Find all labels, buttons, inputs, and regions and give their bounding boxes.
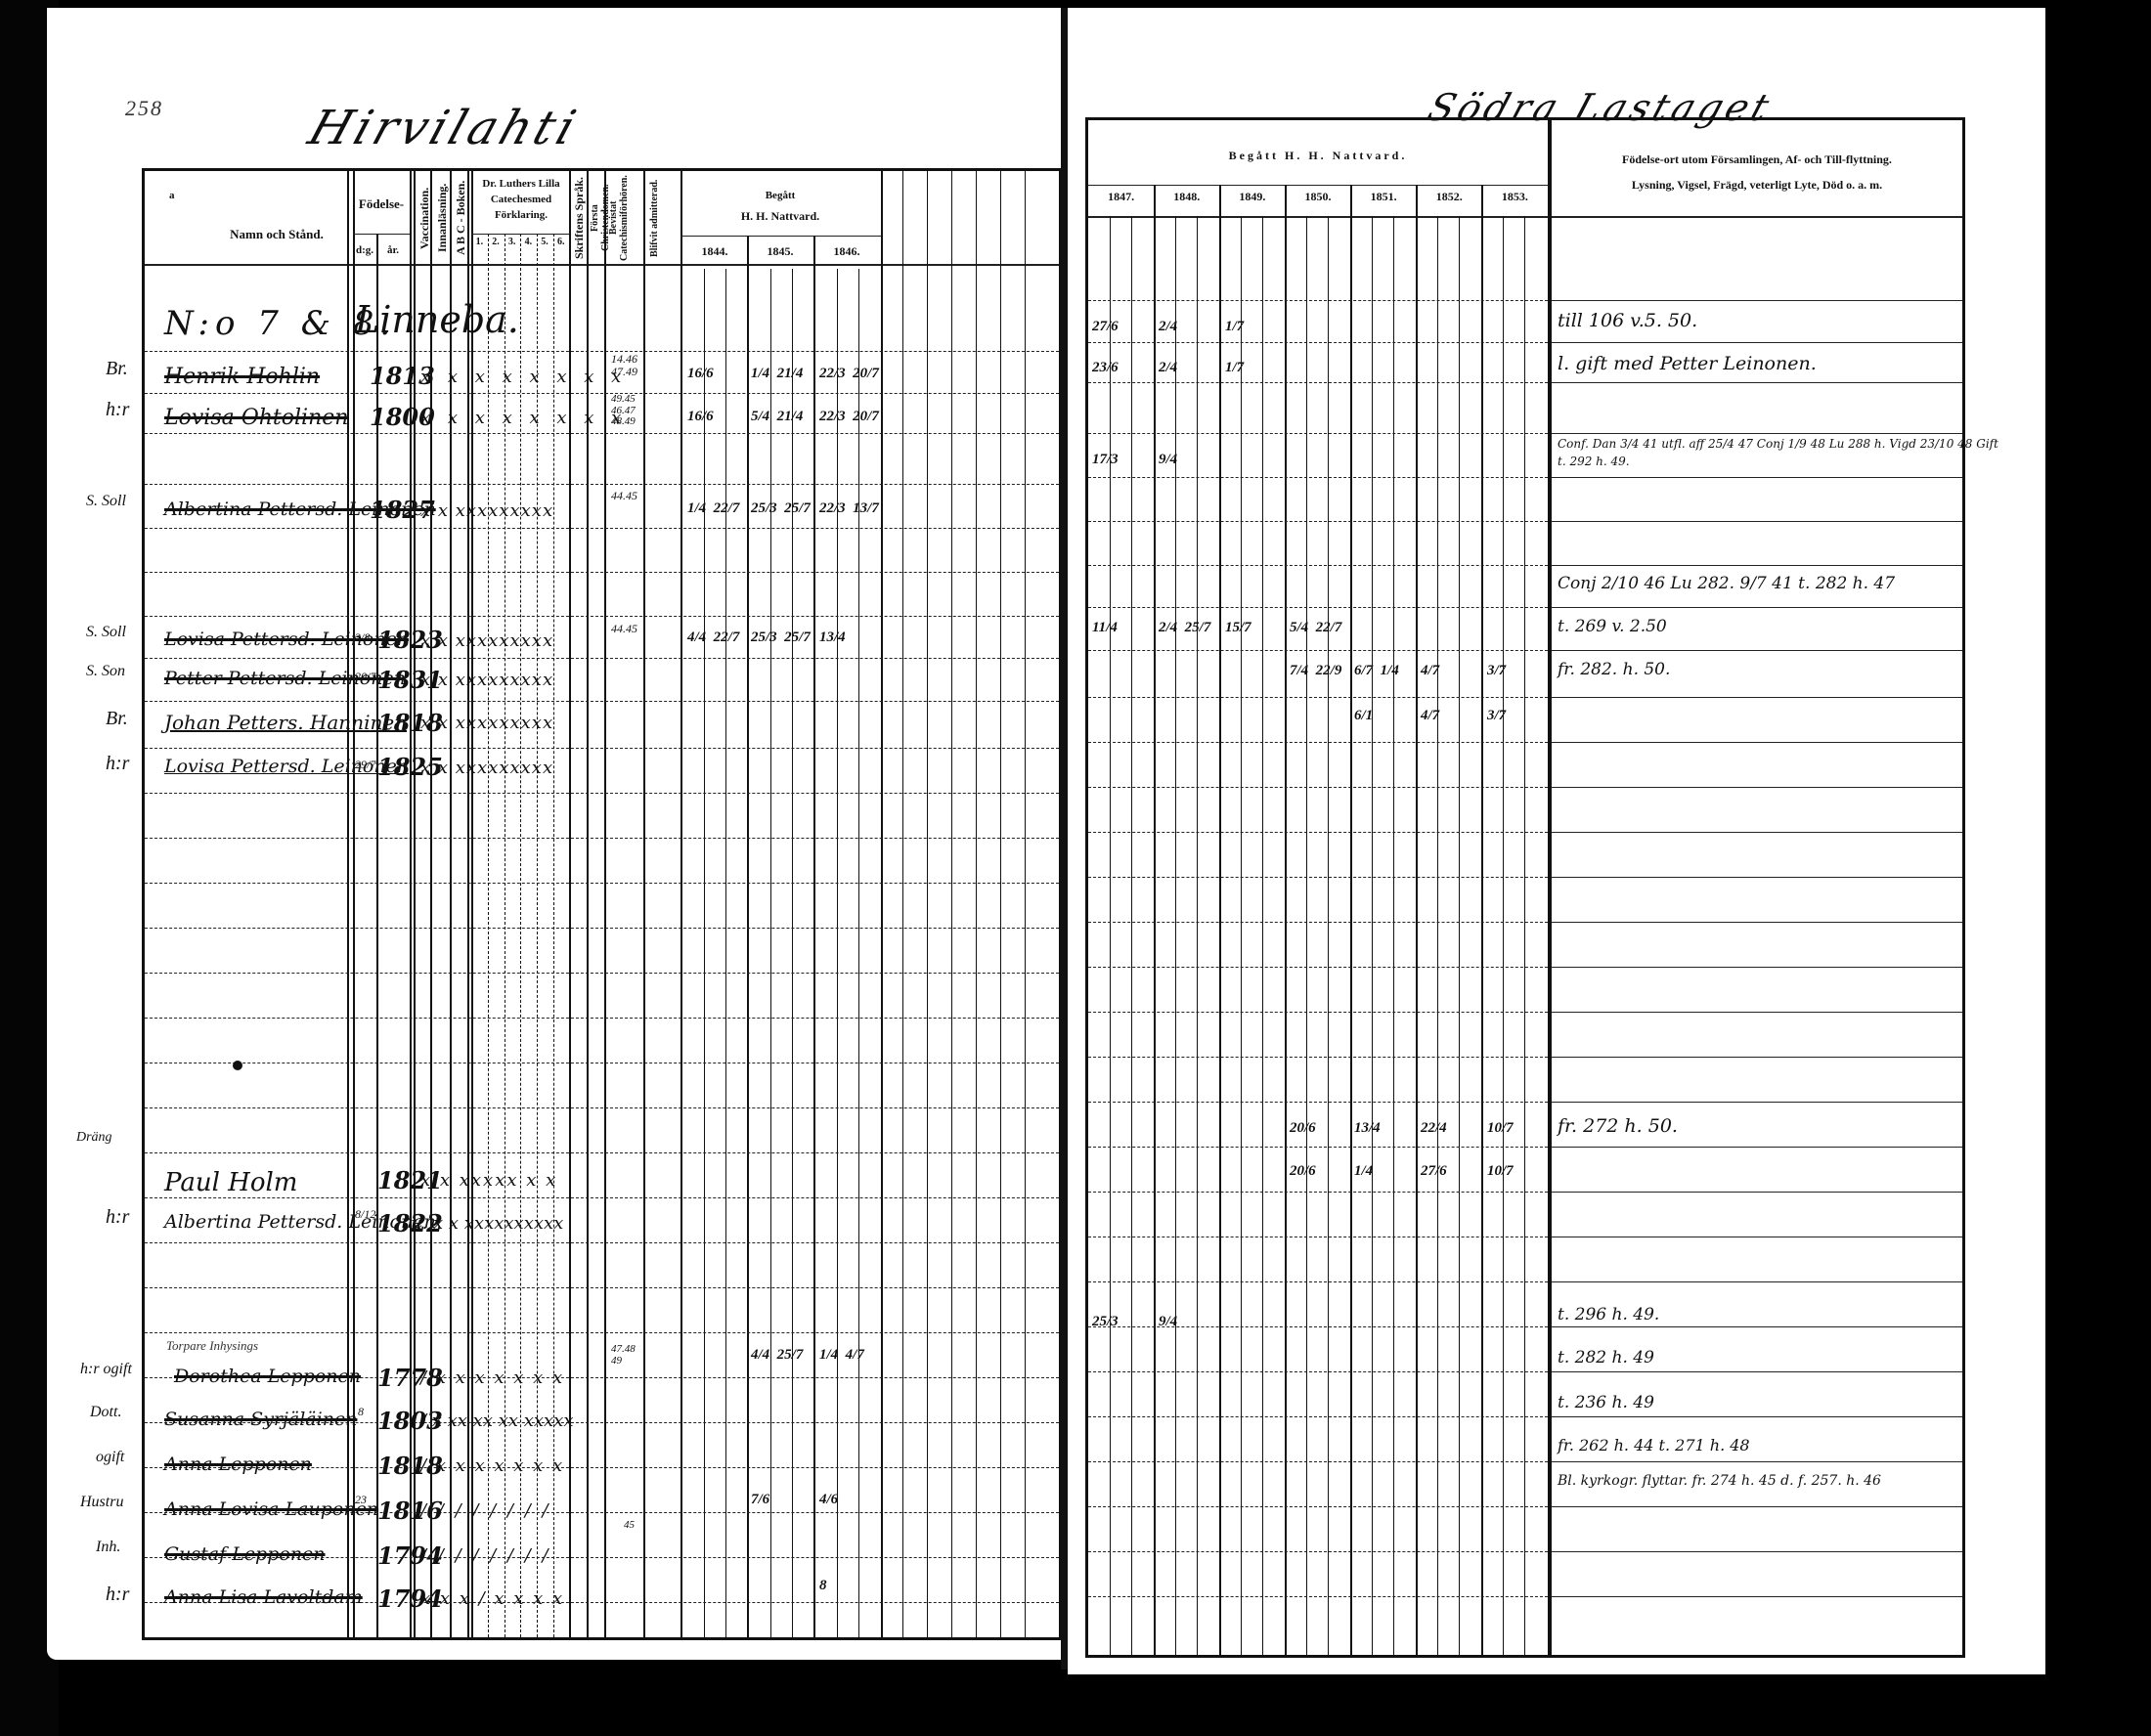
row-rule [1088,521,1548,522]
entry-communion-1844: 1/4 22/7 [687,501,739,516]
col-divider [643,171,645,1637]
left-page: 258 Hirvilahti a Namn och Stånd. Födelse… [47,8,1064,1660]
skriftens-sprak-header: Skriftens Språk. [572,175,587,261]
entry-communion-1847: 23/6 [1092,361,1119,375]
row-rule [1552,1147,1962,1148]
entry-communion-1845: 25/3 25/7 [751,501,811,516]
row-rule [1552,1326,1962,1327]
row-rule [145,748,1059,749]
entry-communion-1852: 22/4 [1421,1121,1447,1136]
entry-reading-marks: x x xxxxxxxxx [420,500,553,521]
entry-communion-1849: 1/7 [1225,320,1244,334]
row-rule [1552,877,1962,878]
entry-status: h:r [106,753,129,775]
entry-reading-marks: x x xxxxxxxxx [420,758,553,778]
innanlasning-header: Innanläsning. [435,175,450,261]
entry-reading-marks: x x x x x x x x [420,408,627,428]
entry-communion-1851: 6/1 [1354,709,1373,723]
col-divider [951,171,952,1637]
entry-catechism-dates: 44.45 [611,623,637,635]
row-rule [1088,1281,1548,1282]
row-rule [1088,877,1548,878]
row-rule [1552,1506,1962,1507]
subsection-label: Torpare Inhysings [166,1338,258,1354]
col-divider [725,269,726,1637]
entry-birth-day: 8 [358,1405,364,1419]
header-rule [145,264,1059,266]
entry-communion-1852: 4/7 [1421,709,1439,723]
row-rule [1088,967,1548,968]
entry-remark: t. 282 h. 49 [1558,1348,1654,1367]
luther-header-line2: Catechesmed [473,193,569,207]
col-divider [1503,216,1504,1655]
row-rule [1088,1102,1548,1103]
row-rule [145,1152,1059,1153]
entry-catechism-dates: 44.45 [611,490,637,502]
col-divider [976,171,977,1637]
entry-communion-1844: 16/6 [687,410,714,424]
entry-name: Lovisa Pettersd. Leinonen [164,629,409,650]
row-rule [1552,922,1962,923]
col-divider [1328,216,1329,1655]
entry-catechism-dates: 14.46 47.49 [611,353,637,377]
col-divider [1154,185,1156,1655]
row-rule [1552,787,1962,788]
entry-reading-marks: x x xxxxx x x [420,1170,557,1191]
entry-communion-1846: 4/6 [819,1493,838,1507]
entry-reading-marks: x x xxxxxxxxx [420,630,553,651]
col-divider [1000,171,1001,1637]
entry-communion-1849: 15/7 [1225,621,1251,635]
entry-remark: t. 296 h. 49. [1558,1305,1659,1324]
entry-communion-1844: 4/4 22/7 [687,630,739,645]
col-divider [587,171,589,1637]
row-rule [1088,1237,1548,1237]
row-rule [145,528,1059,529]
year-1852: 1852. [1417,189,1482,205]
communion-right-header: Begått H. H. Nattvard. [1088,148,1548,164]
entry-birth-day: 23 [355,1493,367,1507]
entry-birth-day: 29/7 [355,758,375,772]
book-edge-right [2043,0,2151,1736]
col-divider [1481,185,1483,1655]
year-1844: 1844. [684,243,745,260]
entry-communion-1852: 27/6 [1421,1164,1447,1179]
row-rule [145,1197,1059,1198]
year-1846: 1846. [815,243,878,260]
bevistat-catechisation-header: Bevistat Catechismiförhören. [608,175,630,261]
entry-reading-marks: x x x / x x x x [420,1588,564,1609]
row-rule [145,1018,1059,1019]
col-divider [1262,216,1263,1655]
entry-status: Hustru [80,1494,123,1511]
row-rule [1088,1551,1548,1552]
row-rule [1552,521,1962,522]
entry-communion-1845: 5/4 21/4 [751,410,803,424]
entry-catechism-dates: 47.48 49 [611,1344,636,1367]
entry-status: h:r [106,1206,129,1229]
row-rule [1552,342,1962,343]
row-rule [1552,650,1962,651]
col-divider [1524,216,1525,1655]
entry-communion-1848: 2/4 [1159,320,1177,334]
row-rule [1552,1192,1962,1193]
entry-remark: fr. 262 h. 44 t. 271 h. 48 [1558,1436,1750,1454]
row-rule [1552,742,1962,743]
birth-year-header: år. [379,243,407,258]
row-rule [145,484,1059,485]
row-rule [1088,1147,1548,1148]
entry-status: Dott. [90,1404,121,1421]
luther-header-line3: Förklaring. [473,208,569,223]
col-divider [1306,216,1307,1655]
col-divider [604,171,606,1637]
row-rule [145,793,1059,794]
col-divider [792,269,793,1637]
entry-status: Inh. [96,1539,120,1556]
entry-communion-1847: 25/3 [1092,1315,1119,1329]
row-rule [1552,1461,1962,1462]
row-rule [145,973,1059,974]
row-rule [1552,1012,1962,1013]
entry-name: Anna Lovisa Lauponen [164,1498,378,1520]
row-rule [145,572,1059,573]
entry-name: Johan Petters. Hanninen [164,711,407,734]
header-rule [1088,216,1548,218]
entry-remark: t. 269 v. 2.50 [1558,617,1667,636]
entry-status: S. Son [86,663,125,680]
entry-status: ogift [96,1449,124,1466]
row-rule [1552,1416,1962,1417]
row-rule [1088,1416,1548,1417]
row-rule [145,1063,1059,1063]
row-rule [1552,832,1962,833]
entry-name: Anna Lepponen [164,1454,312,1475]
left-register-table: a Namn och Stånd. Födelse- d:g. år. Vacc… [142,168,1062,1640]
remarks-header-line2: Lysning, Vigsel, Frägd, veterligt Lyte, … [1552,177,1962,194]
row-rule [1088,787,1548,788]
communion-left-header-line1: Begått [682,189,878,203]
blifvit-admitterad-header: Blifvit admitterad. [649,175,660,261]
col-divider [1416,185,1418,1655]
col-divider [704,269,705,1637]
luther-header-line1: Dr. Luthers Lilla [473,177,569,192]
entry-name: Lovisa Ohtolinen [164,406,348,430]
entry-communion-1848: 9/4 [1159,453,1177,467]
entry-name: Anna Lisa Lavoltdam [164,1586,363,1608]
name-column-mark: a [169,189,175,203]
entry-reading-marks: / / / / / / / / [420,1545,551,1566]
col-divider [927,171,928,1637]
year-1848: 1848. [1154,189,1219,205]
entry-status: h:r [106,399,129,421]
luther-part-6: 6. [552,236,569,249]
row-rule [145,1107,1059,1108]
row-rule [1088,565,1548,566]
row-rule [1088,697,1548,698]
household-place: Linneba. [355,298,519,341]
row-rule [1552,607,1962,608]
entry-communion-1853: 10/7 [1487,1164,1514,1179]
col-divider [1131,216,1132,1655]
col-divider [837,269,838,1637]
entry-communion-1853: 3/7 [1487,709,1506,723]
col-divider [902,171,903,1637]
entry-communion-1850: 20/6 [1290,1164,1316,1179]
row-rule [1088,382,1548,383]
entry-remark: fr. 282. h. 50. [1558,660,1670,679]
year-1849: 1849. [1219,189,1285,205]
entry-remark: t. 236 h. 49 [1558,1393,1654,1412]
entry-communion-1849: 1/7 [1225,361,1244,375]
entry-name: Gustaf Lepponen [164,1543,326,1565]
entry-birth-day: 20/7 [355,670,375,684]
row-rule [1552,433,1962,434]
entry-communion-1848: 9/4 [1159,1315,1177,1329]
row-rule [1088,832,1548,833]
row-rule [1088,650,1548,651]
entry-communion-1846: 13/4 [819,630,846,645]
entry-remark: till 106 v.5. 50. [1558,310,1697,331]
col-divider [680,171,682,1637]
entry-communion-1851: 6/7 1/4 [1354,664,1399,678]
row-rule [1088,433,1548,434]
name-column-header: Namn och Stånd. [203,226,350,243]
row-rule [145,1332,1059,1333]
birth-header: Födelse- [354,195,409,213]
row-rule [1552,1281,1962,1282]
birth-day-header: d:g. [354,243,375,258]
row-rule [1088,742,1548,743]
entry-communion-1851: 13/4 [1354,1121,1381,1136]
col-divider [1437,216,1438,1655]
year-1850: 1850. [1285,189,1350,205]
col-divider [1459,216,1460,1655]
row-rule [1552,300,1962,301]
row-rule [1552,1371,1962,1372]
entry-reading-marks: u. x x xxxxxxxxxx [411,1213,563,1234]
row-rule [145,838,1059,839]
entry-remark: Conj 2/10 46 Lu 282. 9/7 41 t. 282 h. 47 [1558,574,1895,593]
entry-communion-1844: 16/6 [687,367,714,381]
entry-remark: Bl. kyrkogr. flyttar. fr. 274 h. 45 d. f… [1558,1473,1949,1489]
entry-communion-1850: 5/4 22/7 [1290,621,1341,635]
entry-catechism-dates: 49.45 46.47 48.49 [611,394,636,428]
entry-communion-1846: 22/3 20/7 [819,367,879,381]
row-rule [145,883,1059,884]
entry-communion-1846: 22/3 20/7 [819,410,879,424]
col-divider [1350,185,1352,1655]
luther-part-1: 1. [471,236,488,249]
entry-catechism-dates: 45 [624,1520,635,1532]
row-rule [1088,922,1548,923]
row-rule [1088,342,1548,343]
row-rule [145,1287,1059,1288]
communion-subrule [680,236,881,237]
col-divider [1285,185,1287,1655]
entry-communion-1850: 20/6 [1290,1121,1316,1136]
row-rule [1552,1596,1962,1597]
row-rule [1552,967,1962,968]
col-divider [770,269,771,1637]
row-rule [145,351,1059,352]
entry-reading-marks: / x x x x x x x [420,1367,564,1388]
entry-name: Paul Holm [164,1168,297,1197]
ink-blot [233,1061,242,1070]
entry-name: Henrik Hohlin [164,365,320,389]
col-divider [1241,216,1242,1655]
remarks-table: Födelse-ort utom Församlingen, Af- och T… [1549,117,1965,1658]
entry-communion-1847: 27/6 [1092,320,1119,334]
entry-reading-marks: x x x x x x x x [420,367,627,387]
entry-communion-1846: 8 [819,1579,827,1593]
entry-status: S. Soll [86,624,126,641]
abc-header: A B C - Boken. [454,175,468,261]
row-rule [1088,1596,1548,1597]
entry-reading-marks: x x xxxxxxxxx [420,713,553,733]
col-divider [1110,216,1111,1655]
row-rule [1552,1102,1962,1103]
right-page: Södra Lastaget Begått H. H. Nattvard. 18… [1068,8,2045,1674]
entry-reading-marks: / / / / / / / / [420,1500,551,1521]
row-rule [1552,697,1962,698]
row-rule [1552,1237,1962,1237]
col-divider [1393,216,1394,1655]
entry-communion-1850: 7/4 22/9 [1290,664,1341,678]
entry-reading-marks: x x xxxxxxxxx [420,670,553,690]
entry-communion-1845: 7/6 [751,1493,769,1507]
entry-birth-day: 3/8 [355,630,370,645]
communion-subrule [1088,185,1548,186]
luther-part-3: 3. [504,236,520,249]
entry-communion-1852: 4/7 [1421,664,1439,678]
entry-remark: l. gift med Petter Leinonen. [1558,353,1817,374]
entry-status: Br. [106,708,128,730]
row-rule [1552,565,1962,566]
birth-subrule [353,234,410,235]
remarks-header-line1: Födelse-ort utom Församlingen, Af- och T… [1552,152,1962,168]
entry-communion-1851: 1/4 [1354,1164,1373,1179]
col-divider [747,236,749,1637]
col-divider [1175,216,1176,1655]
entry-reading-marks: / x x x x x x x [420,1455,564,1476]
row-rule [1088,477,1548,478]
row-rule [145,393,1059,394]
row-rule [1088,1192,1548,1193]
row-rule [1088,1012,1548,1013]
col-divider [1372,216,1373,1655]
row-rule [145,658,1059,659]
entry-communion-1848: 2/4 25/7 [1159,621,1210,635]
entry-status: Br. [106,358,128,380]
entry-communion-1846: 22/3 13/7 [819,501,879,516]
entry-name: Dorothea Lepponen [174,1366,361,1387]
row-rule [1088,1326,1548,1327]
entry-remark: Conf. Dan 3/4 41 utfl. aff 25/4 47 Conj … [1558,435,2007,470]
entry-communion-1847: 17/3 [1092,453,1119,467]
right-communion-table: Begått H. H. Nattvard. 1847. 1848. 1849.… [1085,117,1551,1658]
entry-status: S. Soll [86,493,126,510]
entry-birth-day: 8/12 [355,1207,375,1222]
entry-communion-1845: 25/3 25/7 [751,630,811,645]
row-rule [1088,1461,1548,1462]
entry-communion-1845: 1/4 21/4 [751,367,803,381]
col-divider [813,236,815,1637]
entry-communion-1853: 10/7 [1487,1121,1514,1136]
row-rule [145,701,1059,702]
entry-reading-marks: / x xx xx xx xxxxx [420,1410,574,1431]
year-1851: 1851. [1351,189,1417,205]
year-header-row: 1847. 1848. 1849. 1850. 1851. 1852. 1853… [1088,189,1548,205]
entry-communion-1847: 11/4 [1092,621,1118,635]
col-divider [858,269,859,1637]
col-divider [881,171,883,1637]
header-rule [1552,216,1962,218]
entry-status: h:r [106,1584,129,1606]
entry-status: h:r ogift [80,1361,132,1378]
luther-part-2: 2. [488,236,505,249]
row-rule [145,433,1059,434]
year-1845: 1845. [749,243,812,260]
entry-communion-1848: 2/4 [1159,361,1177,375]
col-divider [1197,216,1198,1655]
row-rule [1552,1551,1962,1552]
year-1847: 1847. [1088,189,1154,205]
communion-left-header-line2: H. H. Nattvard. [682,208,878,225]
entry-name: Susanna Syrjäläinen [164,1409,357,1430]
page-number: 258 [125,96,163,121]
left-page-title: Hirvilahti [302,101,586,155]
row-rule [145,1242,1059,1243]
row-rule [1552,477,1962,478]
row-rule [1552,382,1962,383]
entry-remark: fr. 272 h. 50. [1558,1115,1678,1137]
row-rule [1088,1506,1548,1507]
col-divider [1219,185,1221,1655]
entry-communion-1853: 3/7 [1487,664,1506,678]
row-rule [145,928,1059,929]
year-1853: 1853. [1482,189,1548,205]
luther-part-5: 5. [537,236,553,249]
row-rule [1088,607,1548,608]
entry-communion-1846: 1/4 4/7 [819,1348,864,1363]
row-rule [1088,1057,1548,1058]
row-rule [1552,1057,1962,1058]
entry-communion-1845: 4/4 25/7 [751,1348,803,1363]
entry-status: Dräng [76,1130,112,1146]
row-rule [145,616,1059,617]
col-divider [1025,171,1026,1637]
row-rule [1088,1371,1548,1372]
luther-part-4: 4. [520,236,537,249]
row-rule [1088,300,1548,301]
